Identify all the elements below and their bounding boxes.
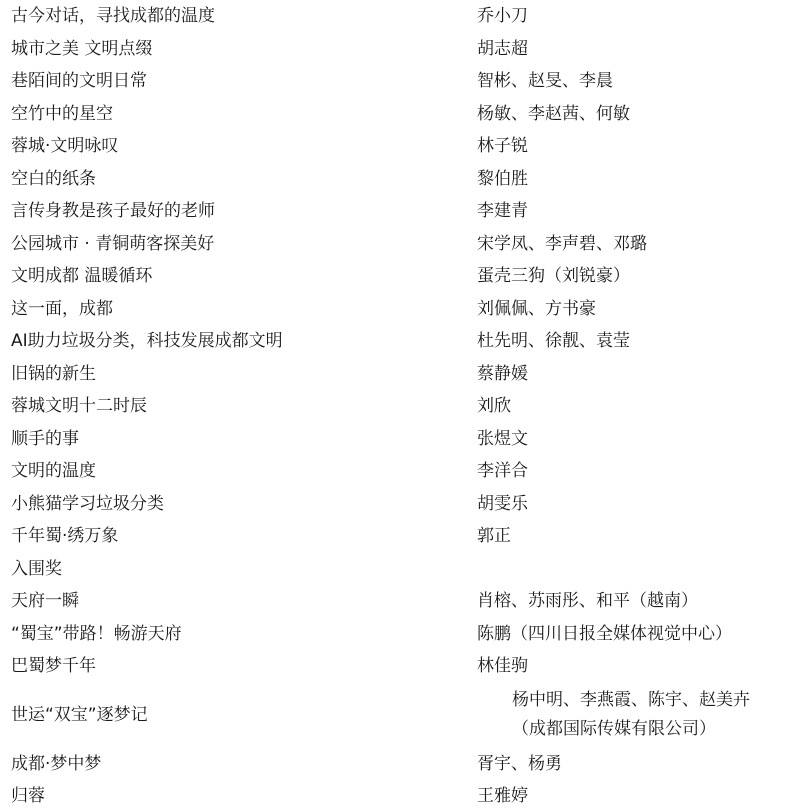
author-names: 杨中明、李燕霞、陈宇、赵美卉 [477, 686, 796, 715]
work-author: 刘欣 [477, 390, 796, 423]
work-author: 杜先明、徐靓、袁莹 [477, 325, 796, 358]
table-row: 旧锅的新生 蔡静媛 [0, 358, 796, 391]
table-row: 天府一瞬 肖榕、苏雨彤、和平（越南） [0, 585, 796, 618]
table-row: 蓉城·文明咏叹 林子锐 [0, 130, 796, 163]
work-author: 李建青 [477, 195, 796, 228]
work-author: 智彬、赵旻、李晨 [477, 65, 796, 98]
work-title: 巴蜀梦千年 [0, 650, 477, 683]
work-author: 杨敏、李赵茜、何敏 [477, 98, 796, 131]
work-author: 宋学凤、李声碧、邓璐 [477, 228, 796, 261]
table-row: “蜀宝”带路！畅游天府 陈鹏（四川日报全媒体视觉中心） [0, 618, 796, 651]
work-title: 成都·梦中梦 [0, 748, 477, 781]
table-row: 顺手的事 张煜文 [0, 423, 796, 456]
work-author: 郭正 [477, 520, 796, 553]
table-row: 蓉城文明十二时辰 刘欣 [0, 390, 796, 423]
table-row: 世运“双宝”逐梦记 杨中明、李燕霞、陈宇、赵美卉 （成都国际传媒有限公司） [0, 683, 796, 748]
work-author: 蛋壳三狗（刘锐豪） [477, 260, 796, 293]
work-title: 公园城市 · 青铜萌客探美好 [0, 228, 477, 261]
table-row: AI助力垃圾分类，科技发展成都文明 杜先明、徐靓、袁莹 [0, 325, 796, 358]
work-title: 城市之美 文明点缀 [0, 33, 477, 66]
work-title: 千年蜀·绣万象 [0, 520, 477, 553]
work-author: 杨中明、李燕霞、陈宇、赵美卉 （成都国际传媒有限公司） [477, 686, 796, 744]
work-title: 天府一瞬 [0, 585, 477, 618]
table-row: 巷陌间的文明日常 智彬、赵旻、李晨 [0, 65, 796, 98]
work-title: 空竹中的星空 [0, 98, 477, 131]
table-row: 言传身教是孩子最好的老师 李建青 [0, 195, 796, 228]
work-author: 刘佩佩、方书豪 [477, 293, 796, 326]
work-title: 言传身教是孩子最好的老师 [0, 195, 477, 228]
table-row: 古今对话，寻找成都的温度 乔小刀 [0, 0, 796, 33]
work-author: 林佳驹 [477, 650, 796, 683]
work-author: 胥宇、杨勇 [477, 748, 796, 781]
work-title: 空白的纸条 [0, 163, 477, 196]
work-title: 顺手的事 [0, 423, 477, 456]
table-row: 空竹中的星空 杨敏、李赵茜、何敏 [0, 98, 796, 131]
awards-list: 古今对话，寻找成都的温度 乔小刀 城市之美 文明点缀 胡志超 巷陌间的文明日常 … [0, 0, 796, 808]
work-author: 黎伯胜 [477, 163, 796, 196]
work-author: 胡志超 [477, 33, 796, 66]
table-row: 公园城市 · 青铜萌客探美好 宋学凤、李声碧、邓璐 [0, 228, 796, 261]
work-title: AI助力垃圾分类，科技发展成都文明 [0, 325, 477, 358]
work-author: 陈鹏（四川日报全媒体视觉中心） [477, 618, 796, 651]
work-title: 世运“双宝”逐梦记 [0, 699, 477, 732]
table-row: 文明的温度 李洋合 [0, 455, 796, 488]
work-title: 蓉城·文明咏叹 [0, 130, 477, 163]
work-title: “蜀宝”带路！畅游天府 [0, 618, 477, 651]
work-title: 文明成都 温暖循环 [0, 260, 477, 293]
table-row: 成都·梦中梦 胥宇、杨勇 [0, 748, 796, 781]
table-row: 小熊猫学习垃圾分类 胡雯乐 [0, 488, 796, 521]
work-title: 旧锅的新生 [0, 358, 477, 391]
work-author: 乔小刀 [477, 0, 796, 33]
work-title: 文明的温度 [0, 455, 477, 488]
author-organization: （成都国际传媒有限公司） [477, 715, 796, 744]
work-author: 李洋合 [477, 455, 796, 488]
work-author: 王雅婷 [477, 780, 796, 808]
table-row: 这一面，成都 刘佩佩、方书豪 [0, 293, 796, 326]
work-author: 林子锐 [477, 130, 796, 163]
work-author: 肖榕、苏雨彤、和平（越南） [477, 585, 796, 618]
section-heading: 入围奖 [0, 553, 477, 586]
work-title: 小熊猫学习垃圾分类 [0, 488, 477, 521]
work-title: 蓉城文明十二时辰 [0, 390, 477, 423]
section-heading-row: 入围奖 [0, 553, 796, 586]
table-row: 城市之美 文明点缀 胡志超 [0, 33, 796, 66]
table-row: 归蓉 王雅婷 [0, 780, 796, 808]
work-title: 古今对话，寻找成都的温度 [0, 0, 477, 33]
work-author: 张煜文 [477, 423, 796, 456]
table-row: 千年蜀·绣万象 郭正 [0, 520, 796, 553]
table-row: 空白的纸条 黎伯胜 [0, 163, 796, 196]
work-title: 巷陌间的文明日常 [0, 65, 477, 98]
work-author: 胡雯乐 [477, 488, 796, 521]
work-title: 归蓉 [0, 780, 477, 808]
table-row: 巴蜀梦千年 林佳驹 [0, 650, 796, 683]
work-title: 这一面，成都 [0, 293, 477, 326]
work-author: 蔡静媛 [477, 358, 796, 391]
table-row: 文明成都 温暖循环 蛋壳三狗（刘锐豪） [0, 260, 796, 293]
